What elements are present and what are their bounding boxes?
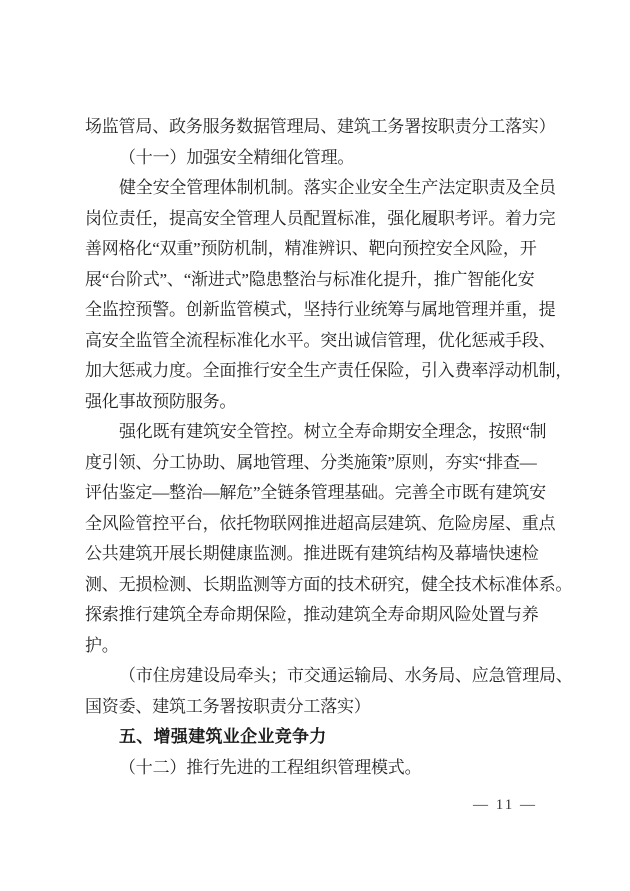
text-line: （市住房建设局牵头；市交通运输局、水务局、应急管理局、 bbox=[85, 661, 556, 692]
text-line: 展“台阶式”、“渐进式”隐患整治与标准化提升，推广智能化安 bbox=[85, 265, 556, 296]
text-line: 强化既有建筑安全管控。树立全寿命期安全理念，按照“制 bbox=[85, 417, 556, 448]
page-number: — 11 — bbox=[440, 795, 570, 815]
text-line: 高安全监管全流程标准化水平。突出诚信管理，优化惩戒手段、 bbox=[85, 326, 556, 357]
section-heading: 五、增强建筑业企业竞争力 bbox=[85, 722, 556, 753]
text-line: 度引领、分工协助、属地管理、分类施策”原则，夯实“排查— bbox=[85, 448, 556, 479]
text-line: 强化事故预防服务。 bbox=[85, 387, 556, 418]
text-line: 岗位责任，提高安全管理人员配置标准，强化履职考评。着力完 bbox=[85, 204, 556, 235]
text-line: 全风险管控平台，依托物联网推进超高层建筑、危险房屋、重点 bbox=[85, 509, 556, 540]
document-body: 场监管局、政务服务数据管理局、建筑工务署按职责分工落实）（十一）加强安全精细化管… bbox=[85, 112, 556, 783]
text-line: 场监管局、政务服务数据管理局、建筑工务署按职责分工落实） bbox=[85, 112, 556, 143]
text-line: 测、无损检测、长期监测等方面的技术研究，健全技术标准体系。 bbox=[85, 570, 556, 601]
text-line: 探索推行建筑全寿命期保险，推动建筑全寿命期风险处置与养 bbox=[85, 600, 556, 631]
text-line: 国资委、建筑工务署按职责分工落实） bbox=[85, 692, 556, 723]
text-line: 加大惩戒力度。全面推行安全生产责任保险，引入费率浮动机制， bbox=[85, 356, 556, 387]
text-line: 健全安全管理体制机制。落实企业安全生产法定职责及全员 bbox=[85, 173, 556, 204]
text-line: 评估鉴定—整治—解危”全链条管理基础。完善全市既有建筑安 bbox=[85, 478, 556, 509]
text-line: （十二）推行先进的工程组织管理模式。 bbox=[85, 753, 556, 784]
text-line: 护。 bbox=[85, 631, 556, 662]
text-line: 善网格化“双重”预防机制，精准辨识、靶向预控安全风险，开 bbox=[85, 234, 556, 265]
text-line: 全监控预警。创新监管模式，坚持行业统筹与属地管理并重，提 bbox=[85, 295, 556, 326]
text-line: 公共建筑开展长期健康监测。推进既有建筑结构及幕墙快速检 bbox=[85, 539, 556, 570]
document-page: 场监管局、政务服务数据管理局、建筑工务署按职责分工落实）（十一）加强安全精细化管… bbox=[0, 0, 630, 891]
text-line: （十一）加强安全精细化管理。 bbox=[85, 143, 556, 174]
